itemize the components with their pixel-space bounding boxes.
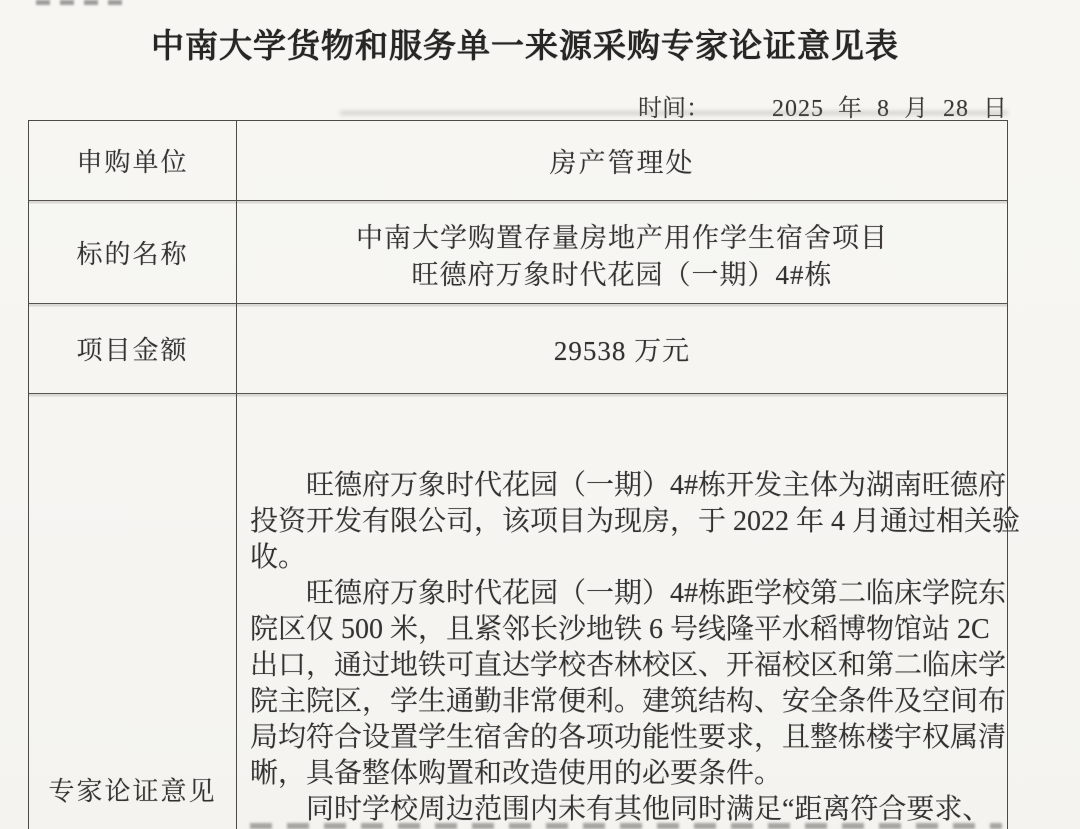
row-label-subject-name: 标的名称 bbox=[29, 201, 237, 303]
opinion-p2-line6: 晰，具备整体购置和改造使用的必要条件。 bbox=[250, 756, 1008, 792]
subject-name-line-1: 中南大学购置存量房地产用作学生宿舍项目 bbox=[356, 220, 888, 257]
row-label-applicant-unit: 申购单位 bbox=[29, 121, 237, 200]
opinion-p2-line1: 旺德府万象时代花园（一期）4#栋距学校第二临床学院东 bbox=[250, 576, 1008, 612]
scan-artifact-cutoff-next-line bbox=[250, 823, 1002, 829]
expert-opinion-text: 旺德府万象时代花园（一期）4#栋开发主体为湖南旺德府 投资开发有限公司，该项目为… bbox=[250, 468, 1008, 828]
row-value-applicant-unit: 房产管理处 bbox=[237, 121, 1007, 200]
table-row-applicant-unit: 申购单位 房产管理处 bbox=[29, 121, 1007, 201]
table-row-project-amount: 项目金额 29538 万元 bbox=[29, 304, 1007, 394]
opinion-p2-line5: 局均符合设置学生宿舍的各项功能性要求，且整栋楼宇权属清 bbox=[250, 720, 1008, 756]
table-row-expert-opinion: 专家论证意见 旺德府万象时代花园（一期）4#栋开发主体为湖南旺德府 投资开发有限… bbox=[29, 394, 1007, 829]
row-value-subject-name: 中南大学购置存量房地产用作学生宿舍项目 旺德府万象时代花园（一期）4#栋 bbox=[237, 201, 1007, 303]
row-value-expert-opinion: 旺德府万象时代花园（一期）4#栋开发主体为湖南旺德府 投资开发有限公司，该项目为… bbox=[237, 394, 1007, 829]
expert-opinion-label: 专家论证意见 bbox=[48, 776, 216, 808]
date-label: 时间： bbox=[638, 88, 710, 123]
form-table: 申购单位 房产管理处 标的名称 中南大学购置存量房地产用作学生宿舍项目 旺德府万… bbox=[28, 120, 1008, 829]
scan-artifact-streak bbox=[340, 111, 1008, 115]
opinion-p1-line2: 投资开发有限公司，该项目为现房，于 2022 年 4 月通过相关验 bbox=[250, 504, 1008, 540]
subject-name-line-2: 旺德府万象时代花园（一期）4#栋 bbox=[412, 257, 833, 294]
opinion-p2-line4: 院主院区，学生通勤非常便利。建筑结构、安全条件及空间布 bbox=[250, 684, 1008, 720]
opinion-p2-line2: 院区仅 500 米，且紧邻长沙地铁 6 号线隆平水稻博物馆站 2C bbox=[250, 612, 1008, 648]
opinion-p1-line1: 旺德府万象时代花园（一期）4#栋开发主体为湖南旺德府 bbox=[250, 468, 1008, 504]
document-title: 中南大学货物和服务单一来源采购专家论证意见表 bbox=[0, 20, 1050, 67]
row-label-expert-opinion: 专家论证意见 bbox=[29, 394, 237, 829]
table-row-subject-name: 标的名称 中南大学购置存量房地产用作学生宿舍项目 旺德府万象时代花园（一期）4#… bbox=[29, 201, 1007, 304]
date-value: 2025 年 8 月 28 日 bbox=[772, 88, 1008, 123]
opinion-p2-line3: 出口，通过地铁可直达学校杏林校区、开福校区和第二临床学 bbox=[250, 648, 1008, 684]
opinion-p1-line3: 收。 bbox=[250, 540, 1008, 576]
row-label-project-amount: 项目金额 bbox=[29, 304, 237, 393]
scanned-document-page: 中南大学货物和服务单一来源采购专家论证意见表 时间： 2025 年 8 月 28… bbox=[0, 0, 1080, 829]
date-line: 时间： 2025 年 8 月 28 日 bbox=[638, 88, 1008, 123]
scan-artifact-top-left bbox=[36, 0, 124, 5]
row-value-project-amount: 29538 万元 bbox=[237, 304, 1007, 393]
